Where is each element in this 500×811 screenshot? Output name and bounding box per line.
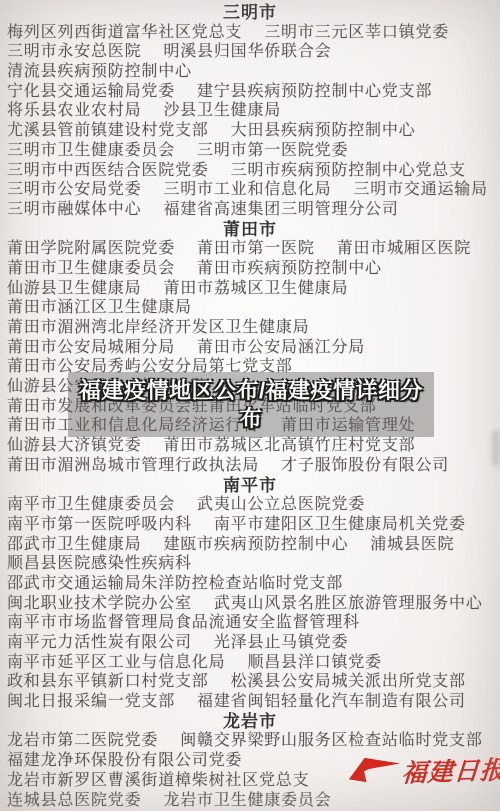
org-line: 仙游县卫生健康局 莆田市荔城区卫生健康局 — [0, 279, 500, 299]
org-line: 顺昌县医院感染性疾病科 — [0, 554, 500, 574]
org-line: 将乐县农业农村局 沙县卫生健康局 — [0, 101, 500, 121]
org-line: 宁化县交通运输局党委 建宁县疾病预防控制中心党支部 — [0, 82, 500, 102]
section-header: 龙岩市 — [0, 712, 500, 732]
org-line: 三明市融媒体中心 福建省高速集团三明管理分公司 — [0, 200, 500, 220]
org-line: 尤溪县管前镇建设村党支部 大田县疾病预防控制中心 — [0, 121, 500, 141]
org-line: 三明市中西医结合医院党委 三明市疾病预防控制中心党总支 — [0, 161, 500, 181]
org-line: 莆田市湄洲湾北岸经济开发区卫生健康局 — [0, 318, 500, 338]
org-line: 莆田市公安局城厢分局 莆田市公安局涵江分局 — [0, 338, 500, 358]
org-line: 闽北日报采编一党支部 福建省闽铝轻量化汽车制造有限公司 — [0, 692, 500, 712]
logo-swoosh-icon — [346, 751, 402, 789]
org-line: 三明市卫生健康委员会 三明市第一医院党委 — [0, 141, 500, 161]
org-line: 南平市延平区工业与信息化局 顺昌县洋口镇党委 — [0, 653, 500, 673]
org-line: 政和县东平镇新口村党支部 松溪县公安局城关派出所党支部 — [0, 672, 500, 692]
watermark-overlay: 福建疫情地区公布/福建疫情详细分 布 — [68, 372, 434, 437]
org-line: 莆田学院附属医院党委 莆田市第一医院 莆田市城厢区医院 — [0, 239, 500, 259]
org-line: 邵武市交通运输局朱洋防控检查站临时党支部 — [0, 574, 500, 594]
fujian-daily-logo: 福建日报 — [346, 746, 494, 794]
org-line: 莆田市湄洲岛城市管理行政执法局 才子服饰股份有限公司 — [0, 456, 500, 476]
org-line: 南平市市场监督管理局食品流通安全监督管理科 — [0, 613, 500, 633]
org-line: 南平元力活性炭有限公司 光泽县止马镇党委 — [0, 633, 500, 653]
org-line: 邵武市卫生健康局 建瓯市疾病预防控制中心 浦城县医院 — [0, 535, 500, 555]
org-line: 三明市公安局党委 三明市工业和信息化局 三明市交通运输局 — [0, 180, 500, 200]
logo-text: 福建日报 — [401, 750, 500, 790]
watermark-text-line1: 福建疫情地区公布/福建疫情详细分 — [79, 377, 423, 405]
section-header: 三明市 — [0, 3, 500, 23]
org-line: 三明市永安总医院 明溪县归国华侨联合会 — [0, 42, 500, 62]
watermark-text-line2: 布 — [240, 405, 263, 433]
org-line: 莆田市卫生健康委员会 莆田市疾病预防控制中心 — [0, 259, 500, 279]
section-header: 莆田市 — [0, 220, 500, 240]
org-line: 清流县疾病预防控制中心 — [0, 62, 500, 82]
org-line: 南平市第一医院呼吸内科 南平市建阳区卫生健康局机关党委 — [0, 515, 500, 535]
org-line: 莆田市涵江区卫生健康局 — [0, 298, 500, 318]
org-line: 梅列区列西街道富华社区党总支 三明市三元区莘口镇党委 — [0, 23, 500, 43]
org-line: 南平市卫生健康委员会 武夷山公立总医院党委 — [0, 495, 500, 515]
org-line: 仙游县大济镇党委 莆田市荔城区北高镇竹庄村党支部 — [0, 436, 500, 456]
org-line: 闽北职业技术学院办公室 武夷山风景名胜区旅游管理服务中心 — [0, 594, 500, 614]
section-header: 南平市 — [0, 476, 500, 496]
